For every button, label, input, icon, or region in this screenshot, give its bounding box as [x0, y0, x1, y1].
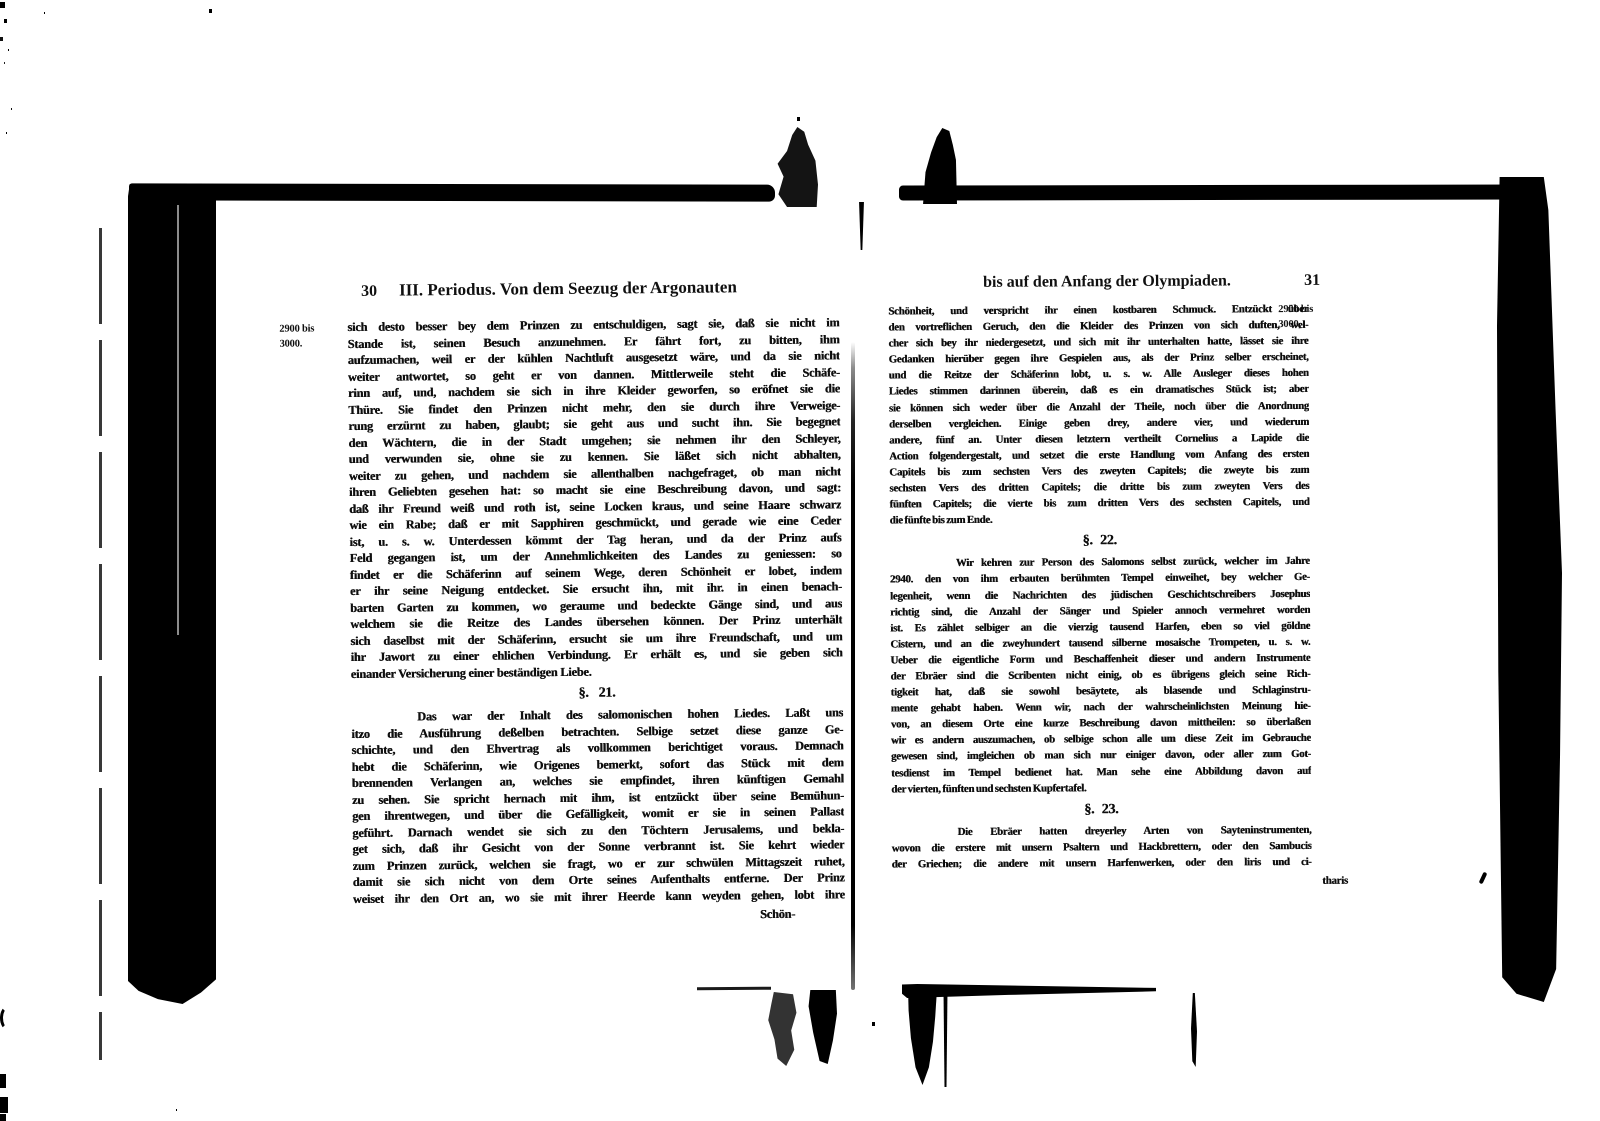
scan-mark-left-arc [0, 1006, 15, 1030]
section-22-paragraph: Wir kehren zur Person des Salomons selbs… [890, 553, 1311, 797]
gutter-shadow-line [851, 342, 855, 990]
text-line: fünften Capitels; die vierte bis zum dri… [889, 494, 1309, 513]
page-number-left: 30 [361, 283, 377, 301]
gutter-tick-top [858, 202, 865, 250]
text-block-left: sich desto besser bey dem Prinzen zu ent… [347, 314, 845, 926]
scan-tick-right [1479, 872, 1488, 885]
section-heading-22: §. 22. [890, 526, 1310, 556]
paragraph-continuation-right: Schönheit, und verspricht ihr einen kost… [888, 301, 1309, 529]
text-line: gewesen sind, imgleichen ob man sich nur… [891, 746, 1311, 765]
margin-note-left: 2900 bis 3000. [279, 321, 343, 352]
gutter-smudge-top-left [775, 127, 818, 207]
catchword-right: tharis [892, 873, 1348, 892]
text-line: Liedes stimmen darinnen überein, daß es … [889, 381, 1309, 400]
running-header-left-title: III. Periodus. Von dem Seezug der Argona… [399, 277, 737, 300]
book-scan-spread: 30 III. Periodus. Von dem Seezug der Arg… [0, 0, 1600, 1121]
running-header-right-title: bis auf den Anfang der Olympiaden. [983, 272, 1231, 292]
text-line: 2940. den von ihm erbauten berühmten Tem… [890, 569, 1310, 588]
text-line: der Griechen; die andere mit unsern Harf… [892, 854, 1312, 873]
scan-border-left [128, 184, 216, 1004]
gutter-smudge-bottom-3 [908, 987, 937, 1085]
gutter-smudge-bottom-sliver [943, 990, 948, 1087]
running-header-left: 30 III. Periodus. Von dem Seezug der Arg… [361, 276, 843, 301]
section-21-paragraph: Das war der Inhalt des salomonischen hoh… [351, 704, 845, 907]
margin-note-line: 3000. [279, 336, 343, 352]
scan-border-top-left [129, 183, 775, 201]
catchword-left: Schön- [353, 905, 845, 926]
scan-speckles-top-left [0, 2, 5, 8]
scan-marks-bottom-left [0, 1074, 6, 1088]
scan-border-left-streak [177, 205, 179, 635]
gutter-smudge-top-right [922, 128, 957, 204]
scan-hairline-left [99, 228, 102, 1060]
scan-mark-bottom-right [1191, 993, 1197, 1067]
gutter-smudge-bottom-2 [808, 990, 837, 1064]
text-block-right: Schönheit, und verspricht ihr einen kost… [888, 301, 1312, 892]
scan-bottom-line-left [697, 987, 771, 991]
page-right: bis auf den Anfang der Olympiaden. 31 29… [884, 272, 1370, 915]
scan-border-top-right [899, 184, 1544, 200]
scan-bottom-bar-right [902, 984, 1156, 998]
text-line: legenheit, wenn die Nachrichten des jüdi… [890, 585, 1310, 604]
gutter-smudge-bottom-1 [767, 992, 798, 1066]
scan-border-right [1497, 177, 1562, 1002]
scan-dust-dots [209, 9, 212, 13]
page-left: 30 III. Periodus. Von dem Seezug der Arg… [277, 276, 849, 921]
section-23-paragraph: Die Ebräer hatten dreyerley Arten von Sa… [891, 822, 1311, 873]
running-header-right: bis auf den Anfang der Olympiaden. 31 [983, 272, 1366, 292]
paragraph-continuation-left: sich desto besser bey dem Prinzen zu ent… [347, 314, 842, 682]
margin-note-line: 2900 bis [279, 321, 343, 337]
text-line: tesdienst im Tempel bedienet hat. Man se… [891, 762, 1311, 781]
section-heading-23: §. 23. [891, 795, 1311, 825]
page-number-right: 31 [1304, 272, 1320, 290]
